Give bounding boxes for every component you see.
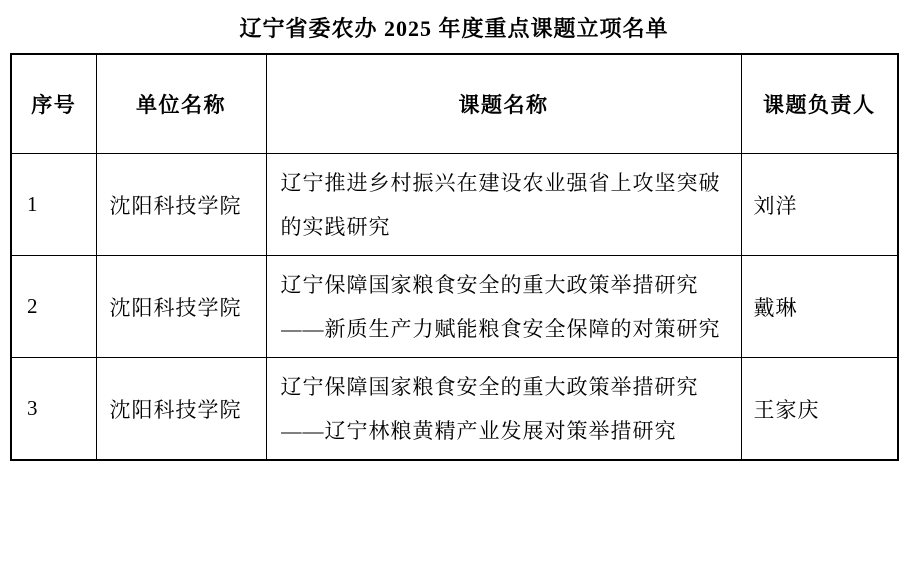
- header-leader: 课题负责人: [741, 54, 898, 154]
- row-number-cell: 2: [11, 256, 96, 358]
- table-row: 1 沈阳科技学院 辽宁推进乡村振兴在建设农业强省上攻坚突破 的实践研究 刘洋: [11, 154, 898, 256]
- topic-line: ——新质生产力赋能粮食安全保障的对策研究: [281, 307, 741, 351]
- topic-lines: 辽宁保障国家粮食安全的重大政策举措研究 ——新质生产力赋能粮食安全保障的对策研究: [281, 263, 741, 351]
- header-row: 序号 单位名称 课题名称 课题负责人: [11, 54, 898, 154]
- unit-name-cell: 沈阳科技学院: [96, 154, 266, 256]
- topic-name-cell: 辽宁推进乡村振兴在建设农业强省上攻坚突破 的实践研究: [266, 154, 741, 256]
- header-topic: 课题名称: [266, 54, 741, 154]
- topic-leader-cell: 王家庆: [741, 358, 898, 461]
- document-page: 辽宁省委农办 2025 年度重点课题立项名单 序号 单位名称 课题名称 课题负责…: [0, 0, 908, 565]
- table-row: 3 沈阳科技学院 辽宁保障国家粮食安全的重大政策举措研究 ——辽宁林粮黄精产业发…: [11, 358, 898, 461]
- unit-name-cell: 沈阳科技学院: [96, 256, 266, 358]
- topic-name-cell: 辽宁保障国家粮食安全的重大政策举措研究 ——辽宁林粮黄精产业发展对策举措研究: [266, 358, 741, 461]
- topic-line: 辽宁推进乡村振兴在建设农业强省上攻坚突破: [281, 161, 741, 205]
- topic-line: ——辽宁林粮黄精产业发展对策举措研究: [281, 409, 741, 453]
- header-no: 序号: [11, 54, 96, 154]
- table-row: 2 沈阳科技学院 辽宁保障国家粮食安全的重大政策举措研究 ——新质生产力赋能粮食…: [11, 256, 898, 358]
- document-title: 辽宁省委农办 2025 年度重点课题立项名单: [0, 0, 908, 43]
- topic-name-cell: 辽宁保障国家粮食安全的重大政策举措研究 ——新质生产力赋能粮食安全保障的对策研究: [266, 256, 741, 358]
- unit-name-cell: 沈阳科技学院: [96, 358, 266, 461]
- header-unit: 单位名称: [96, 54, 266, 154]
- topic-lines: 辽宁保障国家粮食安全的重大政策举措研究 ——辽宁林粮黄精产业发展对策举措研究: [281, 365, 741, 453]
- approval-table: 序号 单位名称 课题名称 课题负责人 1 沈阳科技学院 辽宁推进乡村振兴在建设农…: [10, 53, 899, 461]
- topic-line: 辽宁保障国家粮食安全的重大政策举措研究: [281, 263, 741, 307]
- topic-leader-cell: 刘洋: [741, 154, 898, 256]
- row-number-cell: 1: [11, 154, 96, 256]
- topic-lines: 辽宁推进乡村振兴在建设农业强省上攻坚突破 的实践研究: [281, 161, 741, 249]
- topic-line: 的实践研究: [281, 205, 741, 249]
- topic-leader-cell: 戴琳: [741, 256, 898, 358]
- row-number-cell: 3: [11, 358, 96, 461]
- topic-line: 辽宁保障国家粮食安全的重大政策举措研究: [281, 365, 741, 409]
